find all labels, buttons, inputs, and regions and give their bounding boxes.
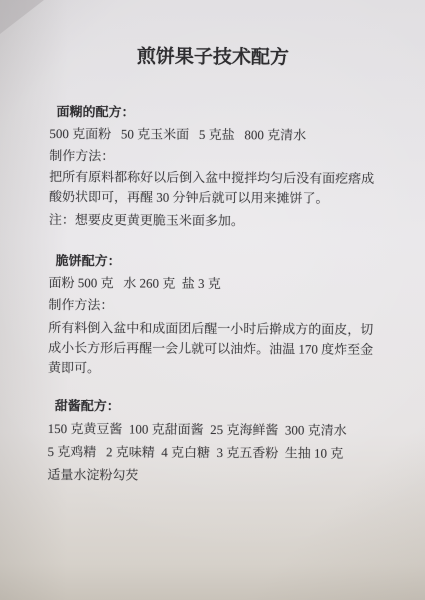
document-title: 煎饼果子技术配方 xyxy=(50,44,376,72)
batter-heading: 面糊的配方： xyxy=(50,101,376,125)
batter-ingredients-line: 500 克面粉 50 克玉米面 5 克盐 800 克清水 xyxy=(49,123,375,147)
photographed-paper-background: 煎饼果子技术配方 面糊的配方： 500 克面粉 50 克玉米面 5 克盐 800… xyxy=(0,0,425,600)
section-sweet-sauce-recipe: 甜酱配方： 150 克黄豆酱 100 克甜面酱 25 克海鲜酱 300 克清水 … xyxy=(47,395,374,488)
crisp-ingredients-line: 面粉 500 克 水 260 克 盐 3 克 xyxy=(48,272,374,296)
crisp-heading: 脆饼配方： xyxy=(49,250,375,274)
section-batter-recipe: 面糊的配方： 500 克面粉 50 克玉米面 5 克盐 800 克清水 制作方法… xyxy=(49,101,376,233)
crisp-method-text: 所有料倒入盆中和成面团后醒一小时后擀成方的面皮，切成小长方形后再醒一会儿就可以油… xyxy=(48,318,374,380)
batter-note-line: 注：想要皮更黄更脆玉米面多加。 xyxy=(49,209,375,233)
batter-method-label: 制作方法： xyxy=(49,145,375,169)
sauce-heading: 甜酱配方： xyxy=(48,395,374,419)
paper-corner-edge xyxy=(0,0,44,34)
crisp-method-label: 制作方法： xyxy=(48,294,374,318)
sauce-ingredients-line-3: 适量水淀粉勾芡 xyxy=(47,463,373,488)
sauce-ingredients-line-1: 150 克黄豆酱 100 克甜面酱 25 克海鲜酱 300 克清水 xyxy=(48,417,374,442)
section-crisp-cracker-recipe: 脆饼配方： 面粉 500 克 水 260 克 盐 3 克 制作方法： 所有料倒入… xyxy=(48,250,375,380)
recipe-sheet: 煎饼果子技术配方 面糊的配方： 500 克面粉 50 克玉米面 5 克盐 800… xyxy=(47,44,376,488)
batter-method-text: 把所有原料都称好以后倒入盆中搅拌均匀后没有面疙瘩成酸奶状即可，再醒 30 分钟后… xyxy=(49,167,375,209)
sauce-ingredients-line-2: 5 克鸡精 2 克味精 4 克白糖 3 克五香粉 生抽 10 克 xyxy=(47,440,373,465)
